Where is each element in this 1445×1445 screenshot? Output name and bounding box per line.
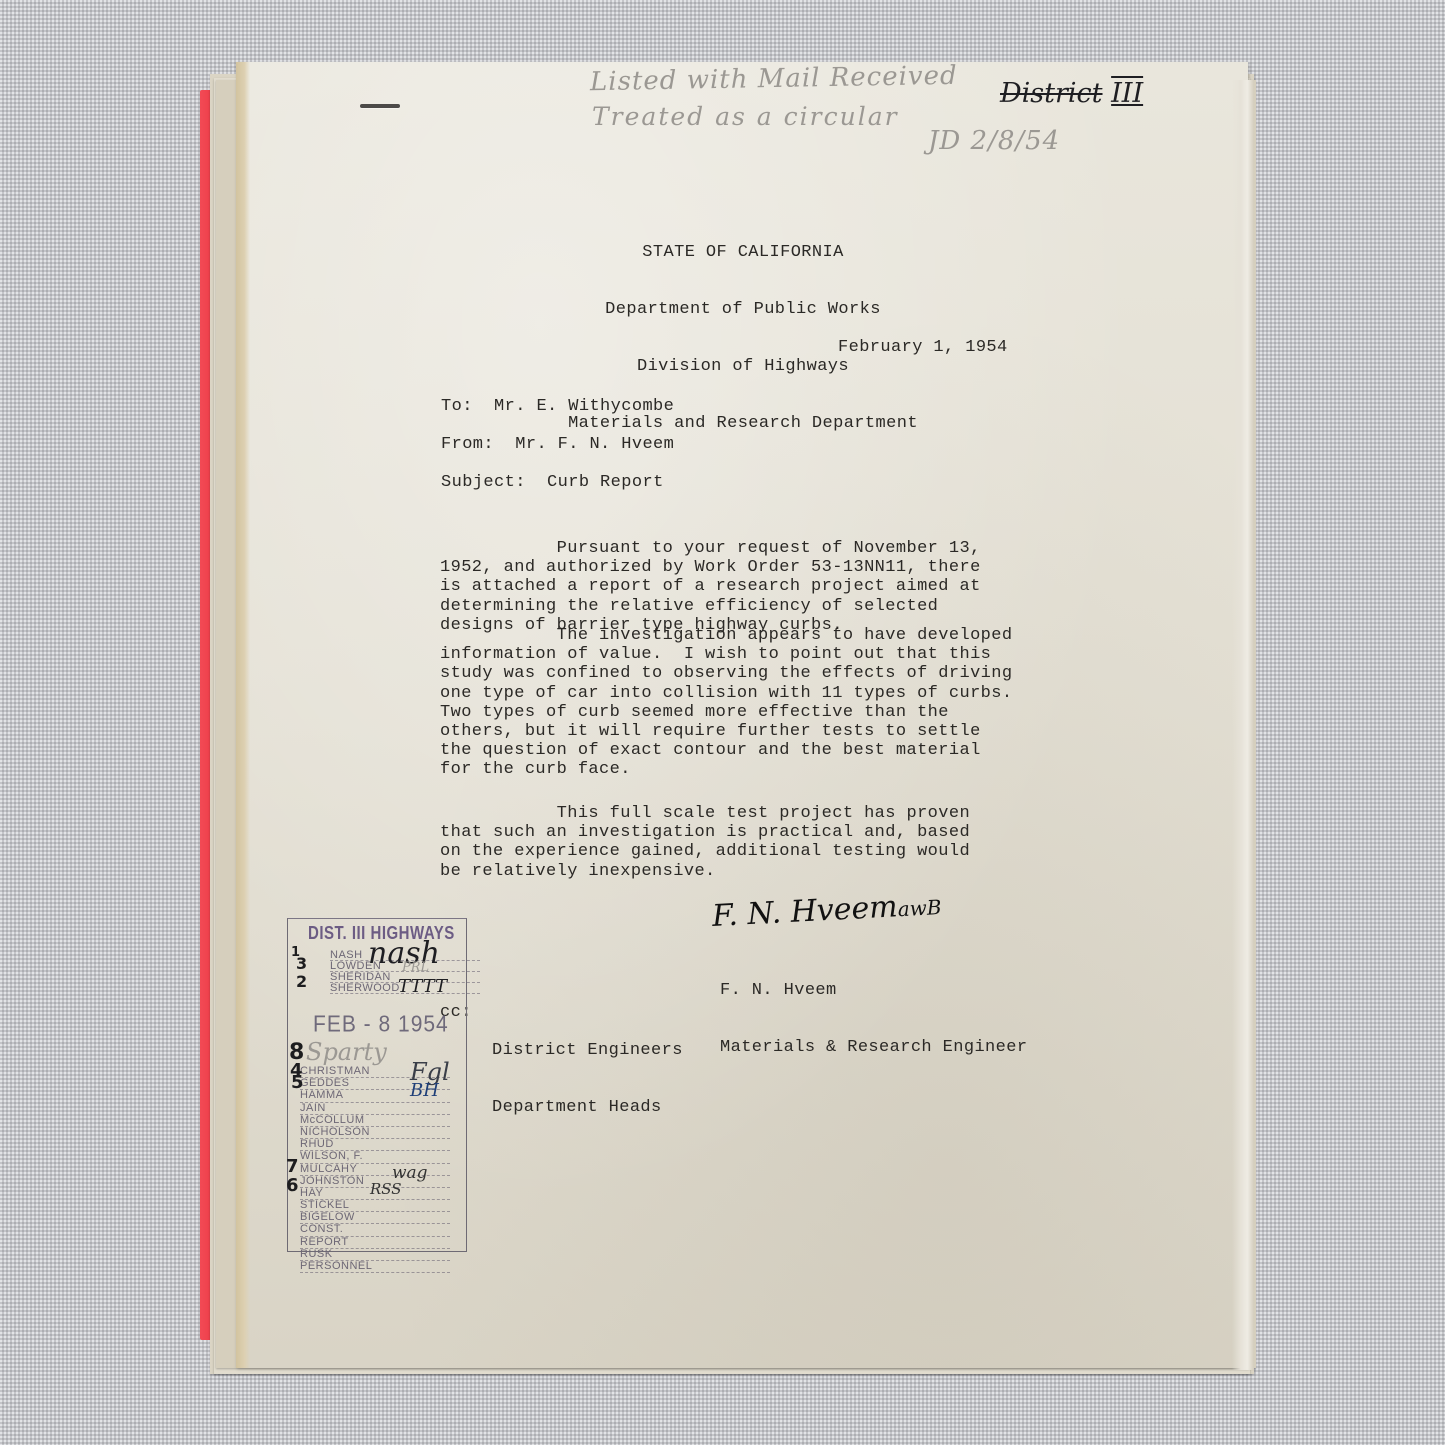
handwritten-initials: BH [410,1080,439,1101]
cc-recipient: Department Heads [492,1098,683,1117]
paper-right-edge [1232,80,1254,1370]
signature-initials: awB [897,895,942,921]
stamp-name: REPORT [300,1237,450,1249]
stamp-name: WILSON, F. [300,1151,450,1163]
stamp-name: JAIN [300,1103,450,1115]
route-number: 3 [296,954,307,973]
letterhead-state: STATE OF CALIFORNIA [548,243,938,262]
memo-subject: Subject: Curb Report [441,473,664,492]
from-label: From: [441,435,494,454]
handwritten-routing-entry: Sparty [306,1038,387,1066]
pencil-note-initials-date: JD 2/8/54 [928,126,1060,156]
subject-label: Subject: [441,473,526,492]
pencil-note-listed: Listed with Mail Received [590,61,958,97]
district-note: District III [1000,78,1143,109]
handwritten-initials: TTTT [398,976,447,997]
from-value: Mr. F. N. Hveem [515,435,674,454]
memo-date: February 1, 1954 [838,338,1008,357]
stamp-name: PERSONNEL [300,1261,450,1273]
letterhead-division: Division of Highways [548,357,938,376]
handwritten-initials: PRL [402,960,429,975]
district-number: III [1111,78,1143,109]
memo-to: To: Mr. E. Withycombe [441,397,674,416]
signer-name: F. N. Hveem [720,981,1027,1000]
letterhead-department: Department of Public Works [548,300,938,319]
cc-recipients: District Engineers Department Heads [492,1003,683,1155]
body-paragraph-1: Pursuant to your request of November 13,… [440,539,981,635]
route-number: 5 [291,1072,304,1093]
signer-title: Materials & Research Engineer [720,1038,1027,1057]
signer-block: F. N. Hveem Materials & Research Enginee… [720,943,1027,1076]
stamp-date: FEB - 8 1954 [313,1012,449,1038]
route-number: 7 [286,1156,299,1177]
to-label: To: [441,397,473,416]
memo-from: From: Mr. F. N. Hveem [441,435,674,454]
to-value: Mr. E. Withycombe [494,397,674,416]
subject-value: Curb Report [547,473,664,492]
stamp-name: CONST. [300,1224,450,1236]
letterhead-subdepartment: Materials and Research Department [548,414,938,433]
body-paragraph-3: This full scale test project has proven … [440,804,970,881]
cc-recipient: District Engineers [492,1041,683,1060]
staple-icon [360,104,400,108]
route-number: 6 [286,1175,299,1196]
pencil-note-circular: Treated as a circular [592,102,899,131]
district-struck-word: District [1000,78,1103,109]
handwritten-initials: RSS [370,1180,402,1198]
body-paragraph-2: The investigation appears to have develo… [440,626,1013,780]
cc-block: cc: District Engineers Department Heads [440,1003,683,1155]
route-number: 2 [296,972,307,991]
paper-left-edge [236,62,250,1368]
